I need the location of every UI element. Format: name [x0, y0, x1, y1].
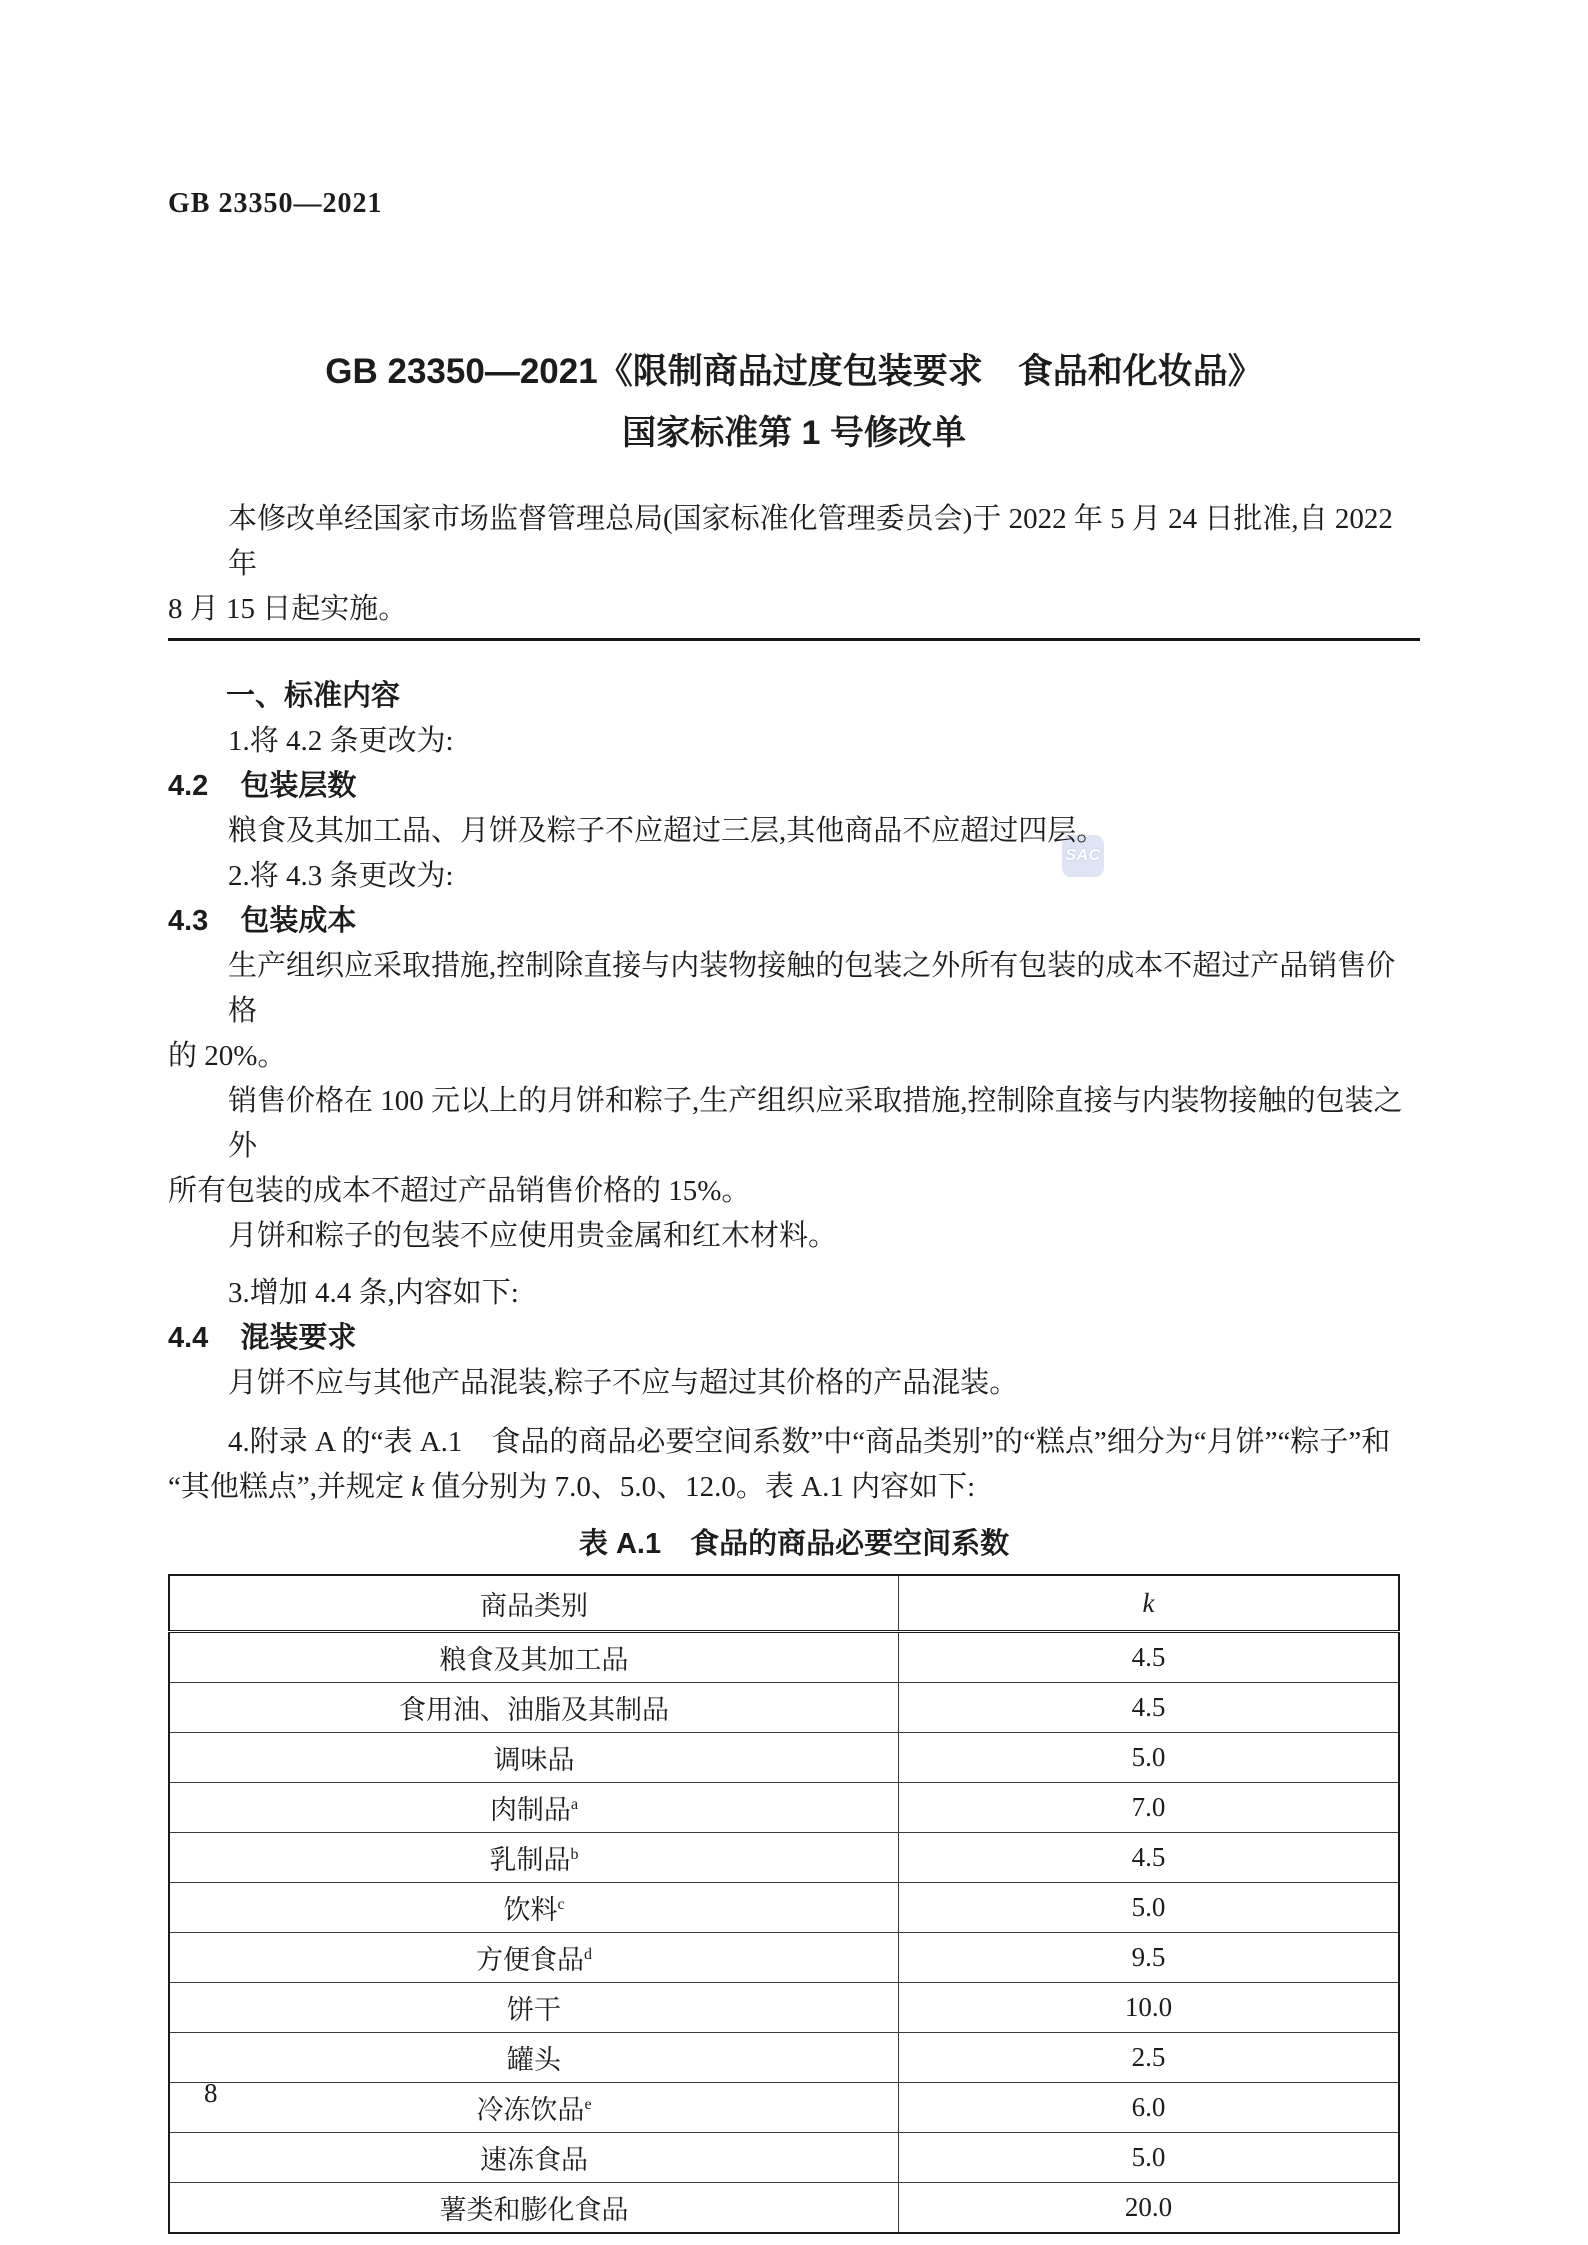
- clause-number: 4.3: [168, 899, 208, 944]
- paragraph: 2.将 4.3 条更改为:: [168, 854, 1420, 899]
- clause-title: 包装成本: [240, 905, 356, 937]
- paragraph: 3.增加 4.4 条,内容如下:: [168, 1271, 1420, 1316]
- footnote-marker: c: [557, 1896, 564, 1913]
- table-header-row: 商品类别 k: [169, 1575, 1399, 1632]
- clause-heading: 4.3包装成本: [168, 899, 1420, 944]
- footnote-marker: e: [584, 2096, 591, 2113]
- k-value-cell: 10.0: [899, 1983, 1400, 2033]
- body-blocks: 一、标准内容1.将 4.2 条更改为:4.2包装层数粮食及其加工品、月饼及粽子不…: [168, 674, 1420, 1510]
- paragraph-line: 所有包装的成本不超过产品销售价格的 15%。: [168, 1169, 1420, 1214]
- clause-heading: 4.4混装要求: [168, 1316, 1420, 1361]
- paragraph-line: 3.增加 4.4 条,内容如下:: [168, 1271, 1420, 1316]
- paragraph-line: 2.将 4.3 条更改为:: [168, 854, 1420, 899]
- paragraph: 粮食及其加工品、月饼及粽子不应超过三层,其他商品不应超过四层。: [168, 809, 1420, 854]
- document-title-line2: 国家标准第 1 号修改单: [168, 413, 1420, 453]
- table-row: 饮料c5.0: [169, 1883, 1399, 1933]
- paragraph-line: 粮食及其加工品、月饼及粽子不应超过三层,其他商品不应超过四层。: [168, 809, 1420, 854]
- clause-title: 包装层数: [240, 770, 356, 802]
- category-cell: 粮食及其加工品: [169, 1632, 899, 1683]
- table-body: 粮食及其加工品4.5食用油、油脂及其制品4.5调味品5.0肉制品a7.0乳制品b…: [169, 1632, 1399, 2234]
- category-cell: 乳制品b: [169, 1833, 899, 1883]
- table-row: 粮食及其加工品4.5: [169, 1632, 1399, 1683]
- category-cell: 饮料c: [169, 1883, 899, 1933]
- category-cell: 食用油、油脂及其制品: [169, 1683, 899, 1733]
- paragraph-line: 的 20%。: [168, 1034, 1420, 1079]
- paragraph: 销售价格在 100 元以上的月饼和粽子,生产组织应采取措施,控制除直接与内装物接…: [168, 1079, 1420, 1214]
- k-value-cell: 5.0: [899, 2133, 1400, 2183]
- table-row: 调味品5.0: [169, 1733, 1399, 1783]
- paragraph-line: 月饼不应与其他产品混装,粽子不应与超过其价格的产品混装。: [168, 1361, 1420, 1406]
- paragraph-line: 生产组织应采取措施,控制除直接与内装物接触的包装之外所有包装的成本不超过产品销售…: [168, 944, 1420, 1034]
- separator-rule: [168, 638, 1420, 641]
- document-page: GB 23350—2021 SAC GB 23350—2021《限制商品过度包装…: [0, 0, 1588, 2245]
- paragraph: 月饼和粽子的包装不应使用贵金属和红木材料。: [168, 1214, 1420, 1259]
- table-row: 食用油、油脂及其制品4.5: [169, 1683, 1399, 1733]
- table-header-category: 商品类别: [169, 1575, 899, 1632]
- table-row: 肉制品a7.0: [169, 1783, 1399, 1833]
- category-cell: 罐头: [169, 2033, 899, 2083]
- table-row: 薯类和膨化食品20.0: [169, 2183, 1399, 2234]
- category-cell: 薯类和膨化食品: [169, 2183, 899, 2234]
- table-row: 乳制品b4.5: [169, 1833, 1399, 1883]
- table-row: 方便食品d9.5: [169, 1933, 1399, 1983]
- k-value-cell: 6.0: [899, 2083, 1400, 2133]
- paragraph: 生产组织应采取措施,控制除直接与内装物接触的包装之外所有包装的成本不超过产品销售…: [168, 944, 1420, 1079]
- k-value-cell: 5.0: [899, 1883, 1400, 1933]
- k-value-cell: 2.5: [899, 2033, 1400, 2083]
- footnote-marker: b: [571, 1846, 579, 1863]
- clause-heading: 4.2包装层数: [168, 764, 1420, 809]
- preamble-line: 8 月 15 日起实施。: [168, 587, 1420, 632]
- document-title-line1: GB 23350—2021《限制商品过度包装要求 食品和化妆品》: [168, 352, 1420, 392]
- section-heading: 一、标准内容: [168, 674, 1420, 719]
- table-row: 罐头2.5: [169, 2033, 1399, 2083]
- footnote-marker: a: [571, 1796, 578, 1813]
- k-value-cell: 7.0: [899, 1783, 1400, 1833]
- k-value-cell: 5.0: [899, 1733, 1400, 1783]
- table-row: 冷冻饮品e6.0: [169, 2083, 1399, 2133]
- category-cell: 调味品: [169, 1733, 899, 1783]
- paragraph-line: 月饼和粽子的包装不应使用贵金属和红木材料。: [168, 1214, 1420, 1259]
- k-value-cell: 9.5: [899, 1933, 1400, 1983]
- table-header-k: k: [899, 1575, 1400, 1632]
- category-cell: 冷冻饮品e: [169, 2083, 899, 2133]
- page-number: 8: [204, 2078, 218, 2109]
- category-cell: 肉制品a: [169, 1783, 899, 1833]
- k-value-cell: 4.5: [899, 1632, 1400, 1683]
- footnote-marker: d: [584, 1946, 592, 1963]
- paragraph: 月饼不应与其他产品混装,粽子不应与超过其价格的产品混装。: [168, 1361, 1420, 1406]
- table-row: 速冻食品5.0: [169, 2133, 1399, 2183]
- category-cell: 速冻食品: [169, 2133, 899, 2183]
- clause-title: 混装要求: [240, 1322, 356, 1354]
- clause-number: 4.4: [168, 1316, 208, 1361]
- k-value-cell: 20.0: [899, 2183, 1400, 2234]
- clause-number: 4.2: [168, 764, 208, 809]
- paragraph-line: 4.附录 A 的“表 A.1 食品的商品必要空间系数”中“商品类别”的“糕点”细…: [168, 1420, 1420, 1465]
- k-value-cell: 4.5: [899, 1833, 1400, 1883]
- space-coefficient-table: 商品类别 k 粮食及其加工品4.5食用油、油脂及其制品4.5调味品5.0肉制品a…: [168, 1574, 1400, 2234]
- paragraph: 1.将 4.2 条更改为:: [168, 719, 1420, 764]
- k-value-cell: 4.5: [899, 1683, 1400, 1733]
- paragraph-line: “其他糕点”,并规定 k 值分别为 7.0、5.0、12.0。表 A.1 内容如…: [168, 1465, 1420, 1510]
- preamble-paragraph: 本修改单经国家市场监督管理总局(国家标准化管理委员会)于 2022 年 5 月 …: [168, 497, 1420, 632]
- table-caption: 表 A.1 食品的商品必要空间系数: [168, 1524, 1420, 1564]
- category-cell: 饼干: [169, 1983, 899, 2033]
- category-cell: 方便食品d: [169, 1933, 899, 1983]
- table-row: 饼干10.0: [169, 1983, 1399, 2033]
- paragraph: 4.附录 A 的“表 A.1 食品的商品必要空间系数”中“商品类别”的“糕点”细…: [168, 1420, 1420, 1510]
- paragraph-line: 销售价格在 100 元以上的月饼和粽子,生产组织应采取措施,控制除直接与内装物接…: [168, 1079, 1420, 1169]
- preamble-line: 本修改单经国家市场监督管理总局(国家标准化管理委员会)于 2022 年 5 月 …: [168, 497, 1420, 587]
- paragraph-line: 1.将 4.2 条更改为:: [168, 719, 1420, 764]
- document-content: GB 23350—2021《限制商品过度包装要求 食品和化妆品》 国家标准第 1…: [168, 0, 1420, 2234]
